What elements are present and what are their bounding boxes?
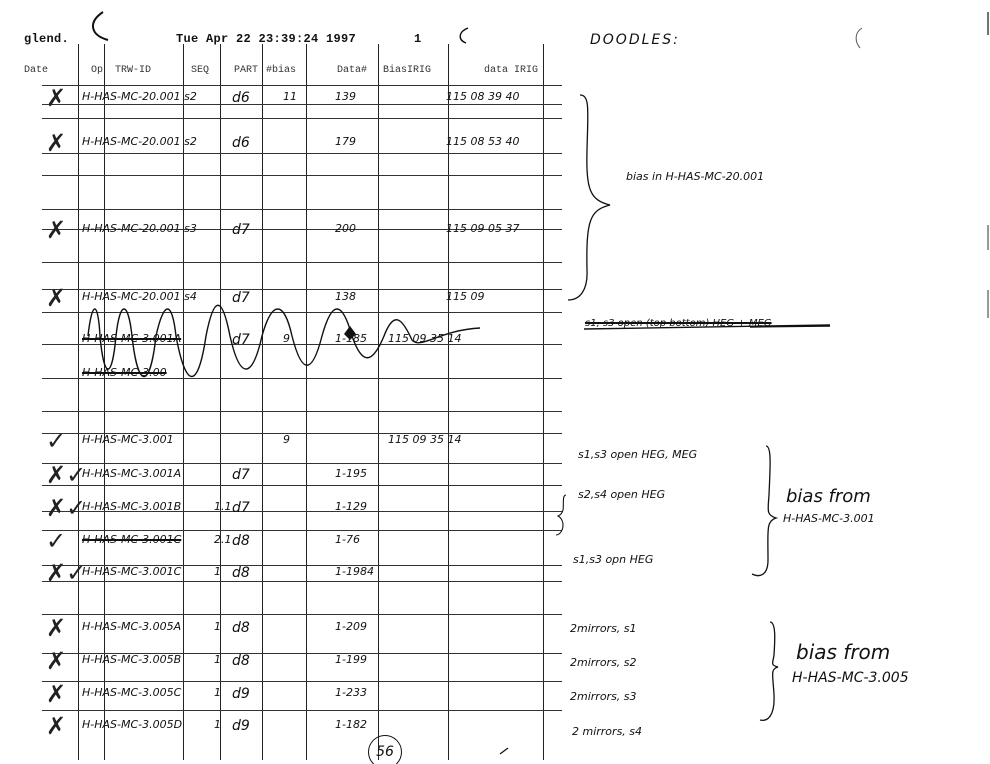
cell-part: d7 [232,222,250,238]
doodle-note-3001-1: s1,s3 open HEG, MEG [578,448,697,461]
cell-data: 179 [335,135,356,148]
cell-data: 1-129 [335,500,367,513]
cell-part: d9 [232,686,250,702]
cell-part: d7 [232,500,250,516]
row-rule [42,262,562,263]
cell-bias: 9 [283,332,290,345]
doodle-bias-in-20001: bias in H-HAS-MC-20.001 [626,170,764,183]
cell-mark: ✗✓ [46,559,86,587]
row-rule [42,581,562,582]
row-rule [42,312,562,313]
doodle-bias-from-3005: H-HAS-MC-3.005 [792,670,909,686]
row-rule [42,411,562,412]
col-data-irig: data IRIG [484,65,538,76]
row-rule [42,175,562,176]
cell-data-irig: 115 09 [446,290,485,303]
cell-data: 1-76 [335,533,360,546]
doodle-note-3005-4: 2 mirrors, s4 [572,725,642,738]
row-rule [42,530,562,531]
col-data: Data# [337,65,367,76]
cell-data: 1-195 [335,467,367,480]
col-op: Op [91,65,103,76]
cell-bias-irig: 115 09 35 14 [388,332,461,345]
cell-mark: ✗ [46,216,66,244]
doodle-note-3005-2: 2mirrors, s2 [570,656,637,669]
cell-part: d8 [232,620,250,636]
row-rule [42,153,562,154]
cell-mark: ✗✓ [46,494,86,522]
cell-data: 139 [335,90,356,103]
col-date: Date [24,65,48,76]
cell-trw-id: H-HAS-MC-20.001 s2 [82,135,197,148]
cell-data: 1-182 [335,718,367,731]
row-rule [42,118,562,119]
doodle-note-3005-3: 2mirrors, s3 [570,690,637,703]
cell-trw-id: H-HAS-MC-3.005B [82,653,181,666]
cell-trw-id: H-HAS-MC-3.001A [82,332,181,345]
cell-part: d7 [232,467,250,483]
cell-part: d8 [232,533,250,549]
cell-mark: ✗ [46,84,66,112]
cell-part: d8 [232,565,250,581]
cell-seq: 1 [214,653,221,666]
cell-mark: ✗ [46,614,66,642]
cell-seq: 1 [214,686,221,699]
cell-mark: ✗ [46,712,66,740]
doodle-bias-from-label: bias from [786,486,871,507]
cell-data: 1-199 [335,653,367,666]
cell-trw-id: H-HAS-MC-3.00 [82,366,167,379]
row-rule [42,485,562,486]
cell-trw-id: H-HAS-MC-3.001C [82,533,181,546]
cell-mark: ✗ [46,284,66,312]
cell-data-irig: 115 08 39 40 [446,90,519,103]
cell-part: d8 [232,653,250,669]
col-trw-id: TRW-ID [115,65,151,76]
cell-bias-irig: 115 09 35 14 [388,433,461,446]
timestamp: Tue Apr 22 23:39:24 1997 [176,32,356,46]
cell-mark: ✓ [46,427,66,455]
cell-part: d6 [232,135,250,151]
cell-mark: ✗ [46,129,66,157]
page-number: 1 [414,32,422,46]
row-rule [42,710,562,711]
cell-seq: 1 [214,620,221,633]
doodle-struck-note: s1, s3 open (top bottom) HEG + MEG [585,318,772,329]
cell-trw-id: H-HAS-MC-20.001 s3 [82,222,197,235]
cell-mark: ✗✓ [46,461,86,489]
doodles-title: DOODLES: [590,32,680,48]
cell-trw-id: H-HAS-MC-3.001 [82,433,174,446]
cell-data-irig: 115 08 53 40 [446,135,519,148]
col-seq: SEQ [191,65,209,76]
cell-bias: 9 [283,433,290,446]
cell-part: d6 [232,90,250,106]
cell-data: 138 [335,290,356,303]
doodle-note-3001-2: s2,s4 open HEG [578,488,665,501]
circled-page-number: 56 [368,735,402,764]
doodle-note-3005-1: 2mirrors, s1 [570,622,637,635]
cell-seq: 1 [214,565,221,578]
col-part: PART [234,65,258,76]
cell-data: 1-233 [335,686,367,699]
row-rule [42,209,562,210]
cell-bias: 11 [283,90,297,103]
cell-data: 1-1984 [335,565,374,578]
doodle-bias-from-label-2: bias from [796,640,890,664]
cell-mark: ✗ [46,680,66,708]
cell-data: 1-209 [335,620,367,633]
doodle-bias-from-3001: H-HAS-MC-3.001 [783,512,875,525]
cell-trw-id: H-HAS-MC-3.005A [82,620,181,633]
cell-trw-id: H-HAS-MC-3.001B [82,500,181,513]
cell-trw-id: H-HAS-MC-3.005C [82,686,181,699]
row-rule [42,681,562,682]
row-rule [42,463,562,464]
cell-trw-id: H-HAS-MC-20.001 s2 [82,90,197,103]
cell-seq: 1 [214,718,221,731]
cell-seq: 1.1 [214,500,232,513]
cell-trw-id: H-HAS-MC-3.001C [82,565,181,578]
cell-mark: ✗ [46,647,66,675]
doodle-note-3001-3: s1,s3 opn HEG [573,553,653,566]
cell-seq: 2.1 [214,533,232,546]
cell-trw-id: H-HAS-MC-3.001A [82,467,181,480]
cell-data: 1-185 [335,332,367,345]
row-rule [42,85,562,86]
cell-data-irig: 115 09 05 37 [446,222,519,235]
row-rule [42,104,562,105]
col-bias-irig: BiasIRIG [383,65,431,76]
cell-data: 200 [335,222,356,235]
cell-part: d7 [232,290,250,306]
cell-trw-id: H-HAS-MC-3.005D [82,718,182,731]
cell-trw-id: H-HAS-MC-20.001 s4 [82,290,197,303]
cell-part: d9 [232,718,250,734]
cell-part: d7 [232,332,250,348]
host-label: glend. [24,32,69,46]
cell-mark: ✓ [46,527,66,555]
col-bias: #bias [266,65,296,76]
row-rule [42,614,562,615]
